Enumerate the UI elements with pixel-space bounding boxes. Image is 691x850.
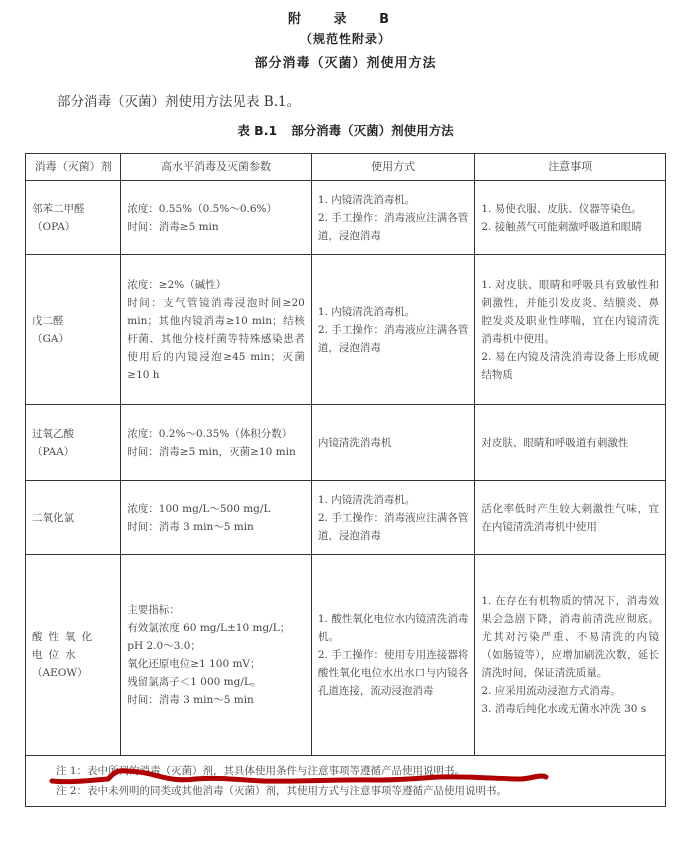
param-line: 时间：消毒 3 min～5 min [127,691,305,709]
usage-line: 2. 手工操作：消毒液应注满各管道，浸泡消毒 [318,209,469,245]
usage-line: 1. 内镜清洗消毒机。 [318,191,469,209]
usage-line: 1. 内镜清洗消毒机。 [318,491,469,509]
param-line: 时间：消毒≥5 min [127,218,305,236]
agent-abbr: （OPA） [32,218,114,236]
table-footnotes-row: 注 1：表中所列的消毒（灭菌）剂，其具体使用条件与注意事项等遵循产品使用说明书。… [26,756,666,807]
usage-line: 内镜清洗消毒机 [318,434,469,452]
param-line: 时间：消毒≥5 min，灭菌≥10 min [127,443,305,461]
notes-cell: 1. 对皮肤、眼睛和呼吸具有致敏性和刺激性，并能引发皮炎、结膜炎、鼻腔发炎及职业… [475,255,666,405]
agent-abbr: （GA） [32,330,114,348]
appendix-type: （规范性附录） [0,30,691,47]
params-cell: 浓度：0.2%～0.35%（体积分数） 时间：消毒≥5 min，灭菌≥10 mi… [121,405,312,481]
table-title: 部分消毒（灭菌）剂使用方法 [291,123,454,138]
param-line: 主要指标： [127,601,305,619]
params-cell: 浓度：100 mg/L～500 mg/L 时间：消毒 3 min～5 min [121,481,312,555]
column-header-agent: 消毒（灭菌）剂 [26,154,121,181]
param-line: 浓度：0.55%（0.5%～0.6%） [127,200,305,218]
footnote-2: 注 2：表中未列明的同类或其他消毒（灭菌）剂，其使用方式与注意事项等遵循产品使用… [56,781,659,801]
intro-paragraph: 部分消毒（灭菌）剂使用方法见表 B.1。 [57,90,300,110]
disinfectant-table: 消毒（灭菌）剂 高水平消毒及灭菌参数 使用方式 注意事项 邻苯二甲醛 （OPA）… [25,153,666,807]
note-line: 3. 消毒后纯化水或无菌水冲洗 30 s [481,700,659,718]
table-row: 过氧乙酸 （PAA） 浓度：0.2%～0.35%（体积分数） 时间：消毒≥5 m… [26,405,666,481]
column-header-notes: 注意事项 [475,154,666,181]
agent-name: 酸性氧化电位水 [32,628,114,664]
usage-cell: 内镜清洗消毒机 [311,405,475,481]
table-number: 表 B.1 [237,123,277,138]
param-line: 时间：支气管镜消毒浸泡时间≥20 min；其他内镜消毒≥10 min；结核杆菌、… [127,294,305,384]
table-row: 二氧化氯 浓度：100 mg/L～500 mg/L 时间：消毒 3 min～5 … [26,481,666,555]
notes-cell: 活化率低时产生较大刺激性气味，宜在内镜清洗消毒机中使用 [475,481,666,555]
usage-line: 1. 酸性氧化电位水内镜清洗消毒机。 [318,610,469,646]
footnotes-cell: 注 1：表中所列的消毒（灭菌）剂，其具体使用条件与注意事项等遵循产品使用说明书。… [26,756,666,807]
agent-abbr: （AEOW） [32,664,114,682]
usage-line: 2. 手工操作：消毒液应注满各管道，浸泡消毒 [318,509,469,545]
agent-name: 过氧乙酸 [32,425,114,443]
agent-cell: 戊二醛 （GA） [26,255,121,405]
usage-line: 1. 内镜清洗消毒机。 [318,303,469,321]
note-line: 1. 对皮肤、眼睛和呼吸具有致敏性和刺激性，并能引发皮炎、结膜炎、鼻腔发炎及职业… [481,276,659,348]
params-cell: 浓度：0.55%（0.5%～0.6%） 时间：消毒≥5 min [121,181,312,255]
usage-cell: 1. 内镜清洗消毒机。 2. 手工操作：消毒液应注满各管道，浸泡消毒 [311,181,475,255]
column-header-params: 高水平消毒及灭菌参数 [121,154,312,181]
appendix-title: 附 录 B [0,8,691,27]
note-line: 1. 易使衣服、皮肤、仪器等染色。 [481,200,659,218]
usage-cell: 1. 内镜清洗消毒机。 2. 手工操作：消毒液应注满各管道，浸泡消毒 [311,255,475,405]
agent-abbr: （PAA） [32,443,114,461]
note-line: 1. 在存在有机物质的情况下，消毒效果会急剧下降，消毒前清洗应彻底。尤其对污染严… [481,592,659,682]
notes-cell: 对皮肤、眼睛和呼吸道有刺激性 [475,405,666,481]
agent-cell: 邻苯二甲醛 （OPA） [26,181,121,255]
agent-cell: 二氧化氯 [26,481,121,555]
table-header-row: 消毒（灭菌）剂 高水平消毒及灭菌参数 使用方式 注意事项 [26,154,666,181]
agent-cell: 酸性氧化电位水 （AEOW） [26,555,121,756]
table-caption: 表 B.1部分消毒（灭菌）剂使用方法 [0,121,691,139]
usage-cell: 1. 内镜清洗消毒机。 2. 手工操作：消毒液应注满各管道，浸泡消毒 [311,481,475,555]
agent-name: 二氧化氯 [32,509,114,527]
param-line: 浓度：100 mg/L～500 mg/L [127,500,305,518]
agent-name: 戊二醛 [32,312,114,330]
note-line: 对皮肤、眼睛和呼吸道有刺激性 [481,434,659,452]
note-line: 2. 应采用流动浸泡方式消毒。 [481,682,659,700]
param-line: 氧化还原电位≥1 100 mV； [127,655,305,673]
param-line: 残留氯离子＜1 000 mg/L。 [127,673,305,691]
notes-cell: 1. 易使衣服、皮肤、仪器等染色。 2. 接触蒸气可能刺激呼吸道和眼睛 [475,181,666,255]
param-line: pH 2.0～3.0； [127,637,305,655]
param-line: 有效氯浓度 60 mg/L±10 mg/L； [127,619,305,637]
table-row: 邻苯二甲醛 （OPA） 浓度：0.55%（0.5%～0.6%） 时间：消毒≥5 … [26,181,666,255]
table-row: 酸性氧化电位水 （AEOW） 主要指标： 有效氯浓度 60 mg/L±10 mg… [26,555,666,756]
agent-name: 邻苯二甲醛 [32,200,114,218]
usage-line: 2. 手工操作：消毒液应注满各管道，浸泡消毒 [318,321,469,357]
params-cell: 主要指标： 有效氯浓度 60 mg/L±10 mg/L； pH 2.0～3.0；… [121,555,312,756]
param-line: 浓度：0.2%～0.35%（体积分数） [127,425,305,443]
note-line: 活化率低时产生较大刺激性气味，宜在内镜清洗消毒机中使用 [481,500,659,536]
note-line: 2. 易在内镜及清洗消毒设备上形成硬结物质 [481,348,659,384]
table-row: 戊二醛 （GA） 浓度：≥2%（碱性） 时间：支气管镜消毒浸泡时间≥20 min… [26,255,666,405]
notes-cell: 1. 在存在有机物质的情况下，消毒效果会急剧下降，消毒前清洗应彻底。尤其对污染严… [475,555,666,756]
column-header-usage: 使用方式 [311,154,475,181]
param-line: 时间：消毒 3 min～5 min [127,518,305,536]
footnote-1: 注 1：表中所列的消毒（灭菌）剂，其具体使用条件与注意事项等遵循产品使用说明书。 [56,761,659,781]
agent-cell: 过氧乙酸 （PAA） [26,405,121,481]
usage-line: 2. 手工操作：使用专用连接器将酸性氧化电位水出水口与内镜各孔道连接，流动浸泡消… [318,646,469,700]
params-cell: 浓度：≥2%（碱性） 时间：支气管镜消毒浸泡时间≥20 min；其他内镜消毒≥1… [121,255,312,405]
appendix-subject: 部分消毒（灭菌）剂使用方法 [0,52,691,71]
note-line: 2. 接触蒸气可能刺激呼吸道和眼睛 [481,218,659,236]
param-line: 浓度：≥2%（碱性） [127,276,305,294]
usage-cell: 1. 酸性氧化电位水内镜清洗消毒机。 2. 手工操作：使用专用连接器将酸性氧化电… [311,555,475,756]
